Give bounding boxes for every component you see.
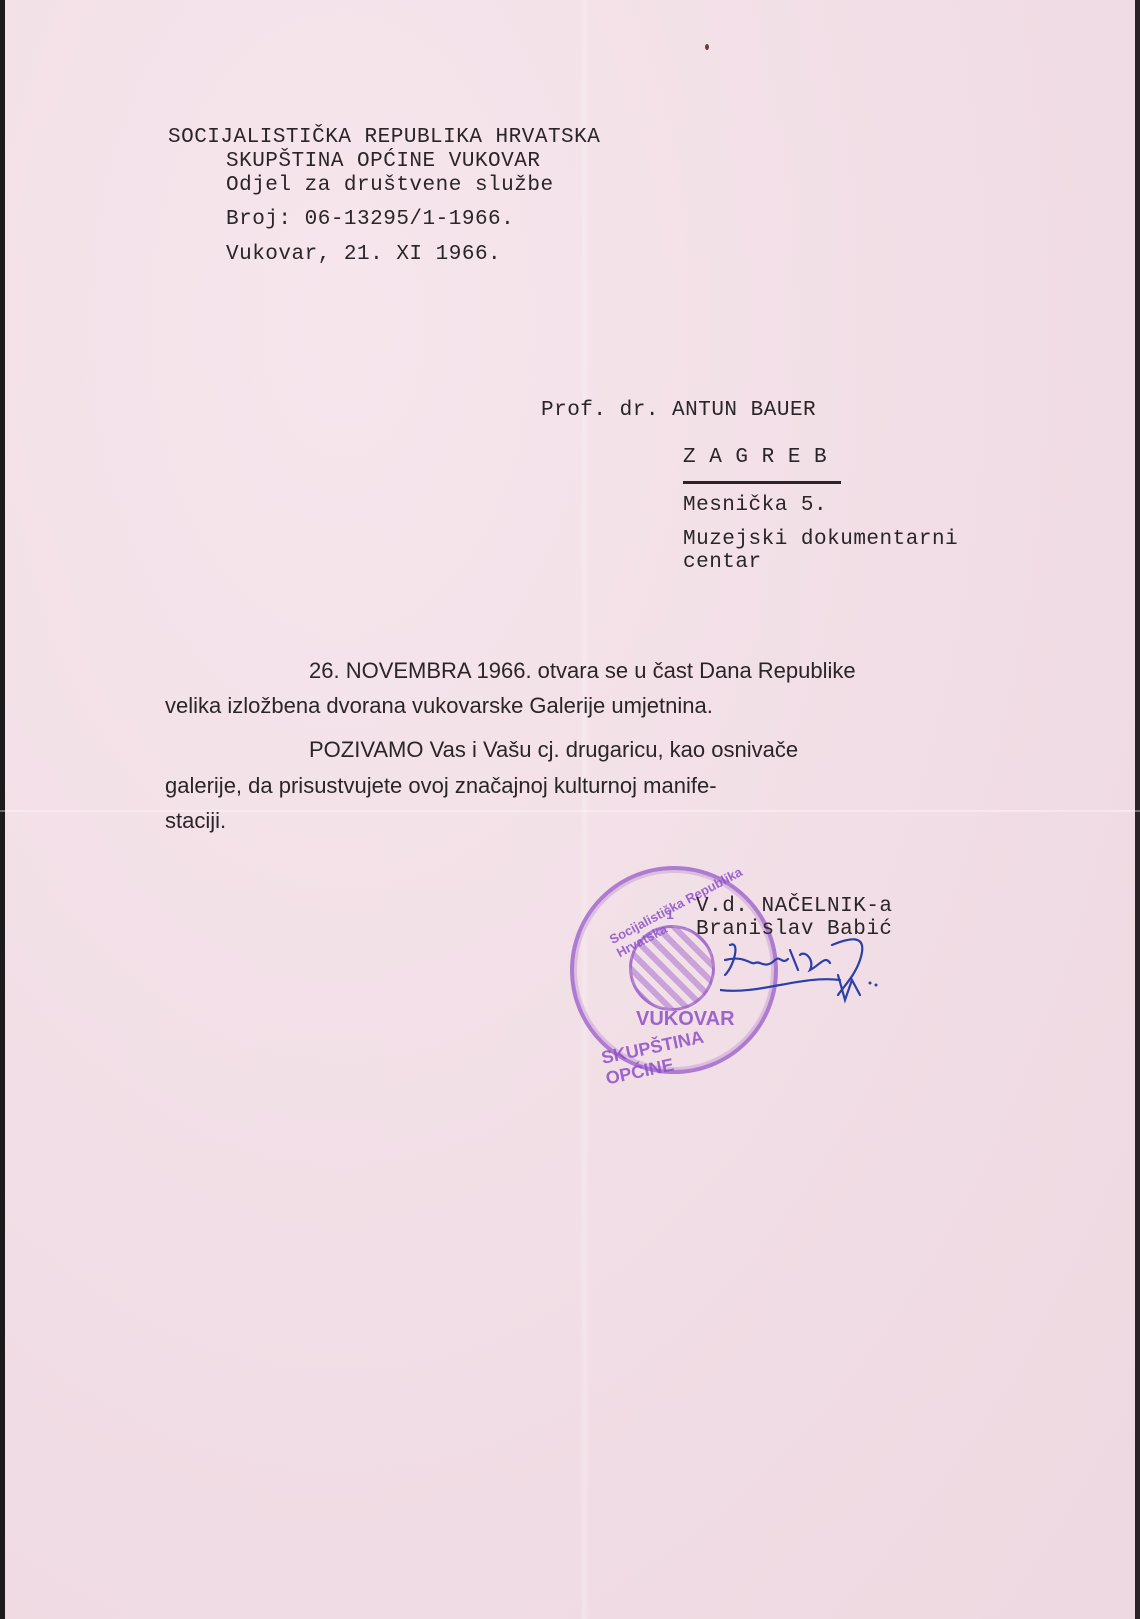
recipient-street: Mesnička 5. — [683, 494, 827, 518]
recipient-institution-line1: Muzejski dokumentarni — [683, 528, 958, 552]
paper-speck — [705, 44, 709, 50]
signatory-title: V.d. NAČELNIK-a — [696, 895, 893, 919]
stamp-number: 1 — [666, 906, 674, 922]
body-paragraph1-line1: 26. NOVEMBRA 1966. otvara se u čast Dana… — [309, 659, 856, 683]
handwritten-signature-icon — [720, 935, 890, 1015]
reference-number: Broj: 06-13295/1-1966. — [226, 208, 514, 232]
place-date: Vukovar, 21. XI 1966. — [226, 243, 501, 267]
body-paragraph2-line3: staciji. — [165, 809, 226, 833]
letterhead-department: Odjel za društvene službe — [226, 174, 554, 198]
body-paragraph2-line1: POZIVAMO Vas i Vašu cj. drugaricu, kao o… — [309, 738, 798, 762]
recipient-name: Prof. dr. ANTUN BAUER — [541, 399, 816, 423]
document-page: SOCIJALISTIČKA REPUBLIKA HRVATSKA SKUPŠT… — [0, 0, 1140, 1619]
letterhead-assembly: SKUPŠTINA OPĆINE VUKOVAR — [226, 150, 540, 174]
body-paragraph1-line2: velika izložbena dvorana vukovarske Gale… — [165, 694, 713, 718]
letterhead-republic: SOCIJALISTIČKA REPUBLIKA HRVATSKA — [168, 126, 600, 150]
recipient-city: Z A G R E B — [683, 446, 827, 470]
city-underline — [683, 481, 841, 484]
recipient-institution-line2: centar — [683, 551, 762, 575]
body-paragraph2-line2: galerije, da prisustvujete ovoj značajno… — [165, 774, 717, 798]
